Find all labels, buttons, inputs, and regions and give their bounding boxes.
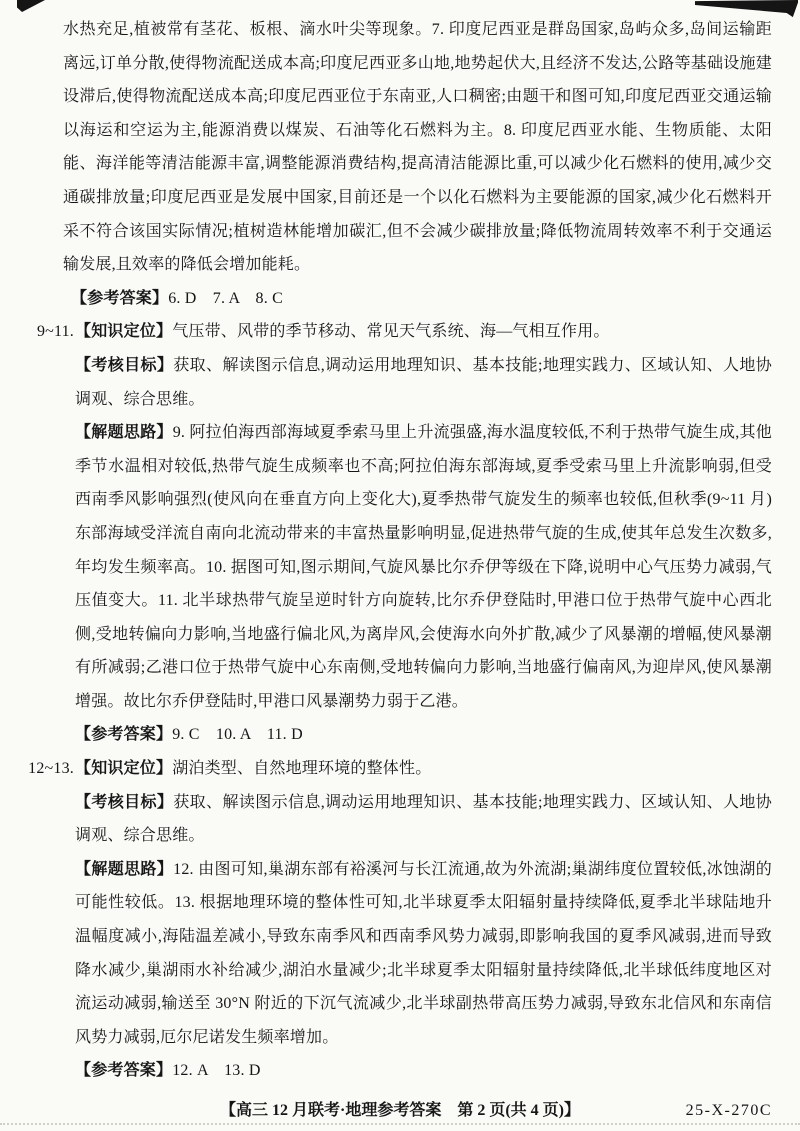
- section-q9-11: 9~11.【知识定位】气压带、风带的季节移动、常见天气系统、海—气相互作用。 【…: [75, 315, 772, 752]
- solution-analysis-text: 12. 由图可知,巢湖东部有裕溪河与长江流通,故为外流湖;巢湖纬度位置较低,冰蚀…: [75, 861, 772, 1046]
- answer-values: 9. C 10. A 11. D: [172, 726, 303, 743]
- section-q12-13: 12~13.【知识定位】湖泊类型、自然地理环境的整体性。 【考核目标】获取、解读…: [75, 752, 772, 1088]
- solution-analysis-label: 【解题思路】: [75, 861, 173, 878]
- solution-analysis-paragraph: 【解题思路】12. 由图可知,巢湖东部有裕溪河与长江流通,故为外流湖;巢湖纬度位…: [75, 853, 772, 1055]
- bottom-dotted-line: [0, 1123, 800, 1125]
- solution-analysis-paragraph: 【解题思路】9. 阿拉伯海西部海域夏季索马里上升流强盛,海水温度较低,不利于热带…: [75, 416, 772, 718]
- assessment-goal-text: 获取、解读图示信息,调动运用地理知识、基本技能;地理实践力、区域认知、人地协调观…: [75, 357, 772, 408]
- answer-values: 12. A 13. D: [172, 1062, 260, 1079]
- reference-answer-label: 【参考答案】: [75, 1062, 172, 1079]
- assessment-goal-paragraph: 【考核目标】获取、解读图示信息,调动运用地理知识、基本技能;地理实践力、区域认知…: [75, 349, 772, 416]
- document-page: 水热充足,植被常有茎花、板根、滴水叶尖等现象。7. 印度尼西亚是群岛国家,岛屿众…: [0, 0, 800, 1131]
- reference-answer-line-q12-13: 【参考答案】12. A 13. D: [75, 1054, 772, 1088]
- footer-exam-title-and-page-number: 【高三 12 月联考·地理参考答案 第 2 页(共 4 页)】: [220, 1102, 580, 1119]
- knowledge-location-label: 【知识定位】: [75, 760, 172, 777]
- reference-answer-line-q6-8: 【参考答案】6. D 7. A 8. C: [71, 282, 772, 316]
- answer-values: 6. D 7. A 8. C: [168, 290, 283, 307]
- scan-corner-mark-icon: [17, 0, 45, 12]
- question-range: 12~13.: [28, 752, 75, 786]
- knowledge-location-text: 湖泊类型、自然地理环境的整体性。: [172, 760, 431, 777]
- assessment-goal-text: 获取、解读图示信息,调动运用地理知识、基本技能;地理实践力、区域认知、人地协调观…: [75, 794, 772, 845]
- knowledge-location-paragraph: 9~11.【知识定位】气压带、风带的季节移动、常见天气系统、海—气相互作用。: [75, 315, 772, 349]
- knowledge-location-paragraph: 12~13.【知识定位】湖泊类型、自然地理环境的整体性。: [75, 752, 772, 786]
- reference-answer-line-q9-11: 【参考答案】9. C 10. A 11. D: [75, 718, 772, 752]
- assessment-goal-label: 【考核目标】: [75, 357, 173, 374]
- assessment-goal-label: 【考核目标】: [75, 794, 173, 811]
- knowledge-location-text: 气压带、风带的季节移动、常见天气系统、海—气相互作用。: [172, 323, 609, 340]
- answer-key-content: 水热充足,植被常有茎花、板根、滴水叶尖等现象。7. 印度尼西亚是群岛国家,岛屿众…: [63, 13, 772, 1088]
- question-range: 9~11.: [37, 315, 75, 349]
- analysis-continued-paragraph: 水热充足,植被常有茎花、板根、滴水叶尖等现象。7. 印度尼西亚是群岛国家,岛屿众…: [63, 13, 772, 282]
- knowledge-location-label: 【知识定位】: [75, 323, 172, 340]
- reference-answer-label: 【参考答案】: [71, 290, 168, 307]
- solution-analysis-text: 9. 阿拉伯海西部海域夏季索马里上升流强盛,海水温度较低,不利于热带气旋生成,其…: [75, 424, 772, 710]
- footer-paper-code: 25-X-270C: [686, 1098, 772, 1124]
- solution-analysis-label: 【解题思路】: [75, 424, 173, 441]
- reference-answer-label: 【参考答案】: [75, 726, 172, 743]
- assessment-goal-paragraph: 【考核目标】获取、解读图示信息,调动运用地理知识、基本技能;地理实践力、区域认知…: [75, 786, 772, 853]
- page-footer: 【高三 12 月联考·地理参考答案 第 2 页(共 4 页)】 25-X-270…: [0, 1098, 800, 1124]
